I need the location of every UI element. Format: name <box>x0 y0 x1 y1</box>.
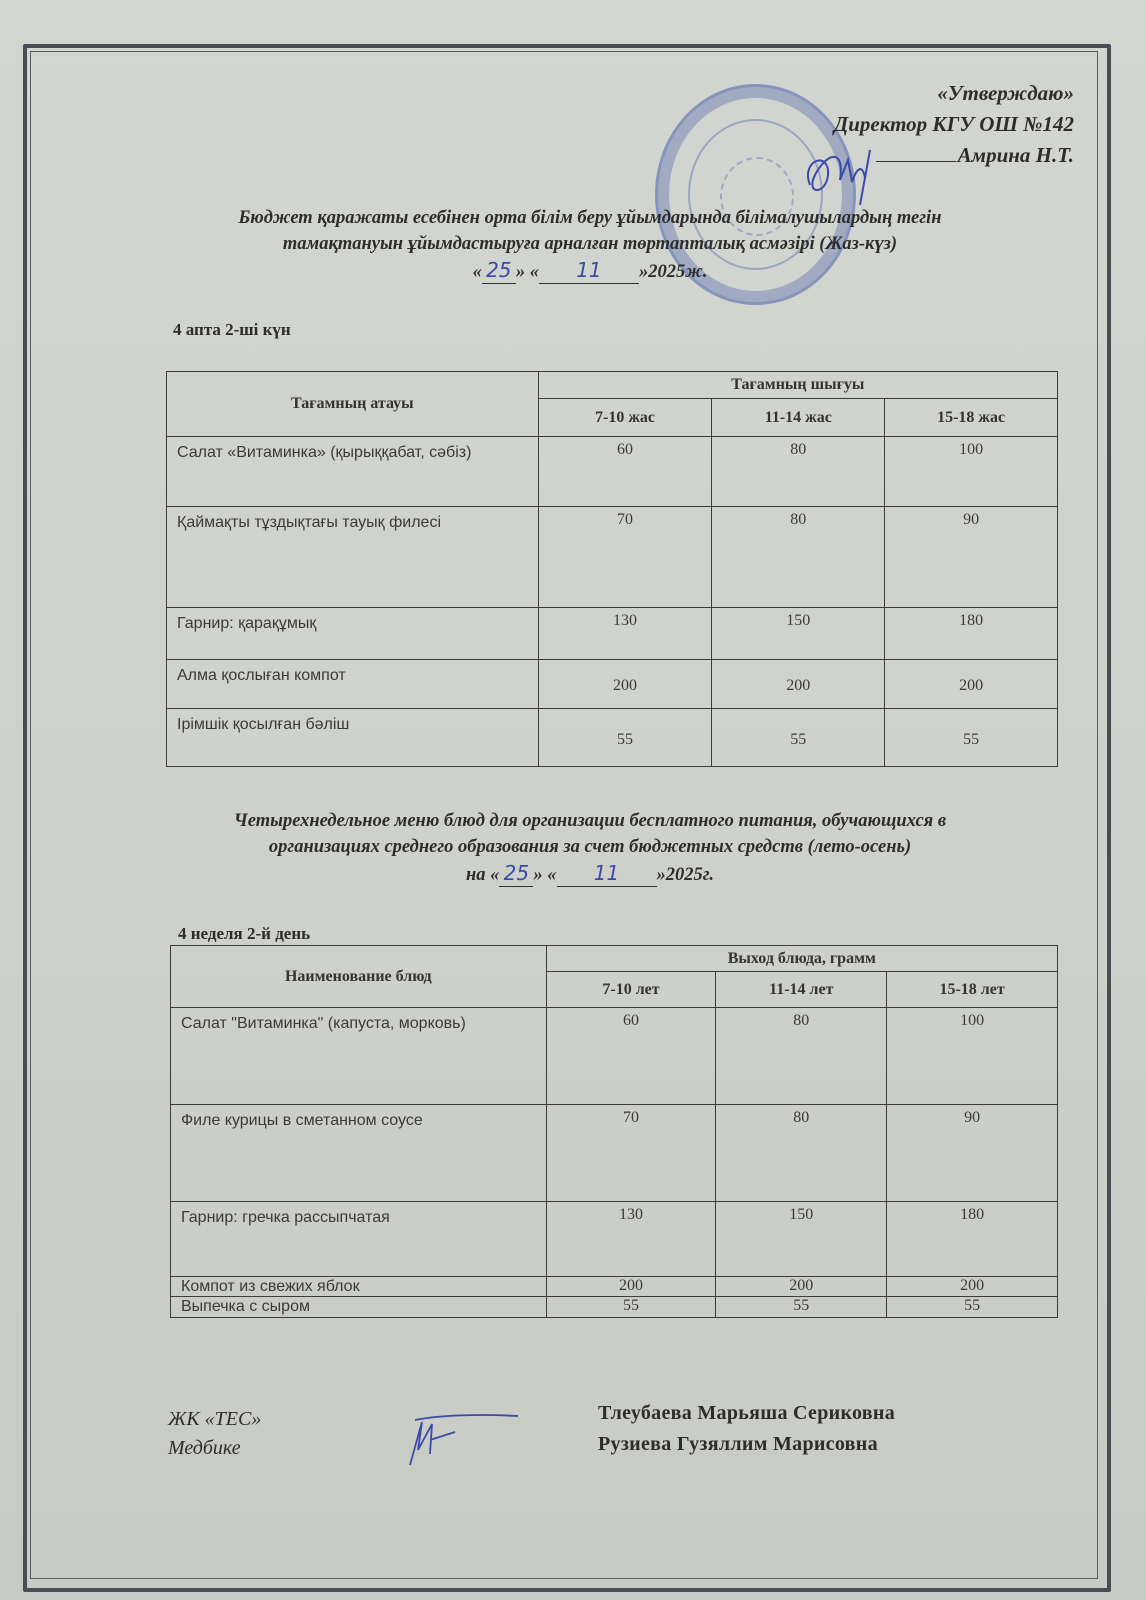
dish-name: Филе курицы в сметанном соусе <box>171 1105 547 1202</box>
kz-date-year: »2025ж. <box>639 262 708 282</box>
portion-value: 90 <box>887 1105 1058 1202</box>
kz-title-line2: тамақтануын ұйымдастыруға арналған төрта… <box>150 231 1030 257</box>
kz-day-label: 4 апта 2-ші күн <box>173 320 291 340</box>
ru-date-month: 11 <box>557 860 657 887</box>
portion-value: 70 <box>538 507 712 608</box>
portion-value: 55 <box>546 1297 716 1318</box>
portion-value: 55 <box>716 1297 887 1318</box>
portion-value: 80 <box>712 437 885 507</box>
table-row: Филе курицы в сметанном соусе708090 <box>171 1105 1058 1202</box>
dish-name: Компот из свежих яблок <box>171 1277 547 1297</box>
approval-position: Директор КГУ ОШ №142 <box>834 109 1074 140</box>
dish-name: Ірімшік қосылған бәліш <box>167 709 539 767</box>
ru-group-header: Выход блюда, грамм <box>546 946 1057 972</box>
portion-value: 60 <box>546 1008 716 1105</box>
dish-name: Гарнир: қарақұмық <box>167 608 539 660</box>
dish-name: Алма қослыған компот <box>167 660 539 709</box>
ru-title-line1: Четырехнедельное меню блюд для организац… <box>150 808 1030 834</box>
portion-value: 200 <box>887 1277 1058 1297</box>
ru-age-header: 11-14 лет <box>716 972 887 1008</box>
portion-value: 150 <box>712 608 885 660</box>
portion-value: 130 <box>538 608 712 660</box>
kz-date-month: 11 <box>539 257 639 284</box>
portion-value: 100 <box>885 437 1058 507</box>
kz-date-quote: « <box>473 262 482 282</box>
portion-value: 60 <box>538 437 712 507</box>
ru-date-year: »2025г. <box>657 865 714 885</box>
footer-organization: ЖК «ТЕС» Медбике <box>168 1405 261 1463</box>
table-row: Алма қослыған компот200200200 <box>167 660 1058 709</box>
portion-value: 180 <box>885 608 1058 660</box>
portion-value: 200 <box>712 660 885 709</box>
approval-heading: «Утверждаю» <box>834 78 1074 109</box>
table-row: Компот из свежих яблок200200200 <box>171 1277 1058 1297</box>
dish-name: Выпечка с сыром <box>171 1297 547 1318</box>
kz-date: «25» «11»2025ж. <box>150 257 1030 285</box>
portion-value: 200 <box>538 660 712 709</box>
ru-date-prefix: на « <box>466 865 499 885</box>
dish-name: Салат «Витаминка» (қырыққабат, сәбіз) <box>167 437 539 507</box>
portion-value: 150 <box>716 1202 887 1277</box>
table-row: Салат «Витаминка» (қырыққабат, сәбіз)608… <box>167 437 1058 507</box>
ru-date-day: 25 <box>499 860 533 887</box>
dish-name: Салат "Витаминка" (капуста, морковь) <box>171 1008 547 1105</box>
footer-names: Тлеубаева Марьяша Сериковна Рузиева Гузя… <box>598 1398 895 1460</box>
dish-name: Қаймақты тұздықтағы тауық филесі <box>167 507 539 608</box>
footer-name-1: Тлеубаева Марьяша Сериковна <box>598 1398 895 1429</box>
ru-name-header: Наименование блюд <box>171 946 547 1008</box>
table-row: Выпечка с сыром555555 <box>171 1297 1058 1318</box>
footer-name-2: Рузиева Гузяллим Марисовна <box>598 1429 895 1460</box>
portion-value: 55 <box>887 1297 1058 1318</box>
kz-menu-table: Тағамның атауы Тағамның шығуы 7-10 жас11… <box>166 371 1058 767</box>
portion-value: 80 <box>716 1008 887 1105</box>
kz-name-header: Тағамның атауы <box>167 372 539 437</box>
table-row: Салат "Витаминка" (капуста, морковь)6080… <box>171 1008 1058 1105</box>
ru-menu-table: Наименование блюд Выход блюда, грамм 7-1… <box>170 945 1058 1318</box>
kz-date-day: 25 <box>482 257 516 284</box>
footer-org-name: ЖК «ТЕС» <box>168 1405 261 1434</box>
portion-value: 130 <box>546 1202 716 1277</box>
kz-age-header: 15-18 жас <box>885 399 1058 437</box>
ru-title: Четырехнедельное меню блюд для организац… <box>150 808 1030 888</box>
kz-group-header: Тағамның шығуы <box>538 372 1057 399</box>
ru-age-header: 15-18 лет <box>887 972 1058 1008</box>
table-row: Қаймақты тұздықтағы тауық филесі708090 <box>167 507 1058 608</box>
portion-value: 90 <box>885 507 1058 608</box>
kz-date-sep: » « <box>516 262 539 282</box>
portion-value: 80 <box>712 507 885 608</box>
portion-value: 80 <box>716 1105 887 1202</box>
portion-value: 70 <box>546 1105 716 1202</box>
footer-role: Медбике <box>168 1434 261 1463</box>
kz-title: Бюджет қаражаты есебінен орта білім беру… <box>150 205 1030 285</box>
portion-value: 55 <box>885 709 1058 767</box>
portion-value: 200 <box>885 660 1058 709</box>
kz-age-header: 7-10 жас <box>538 399 712 437</box>
portion-value: 180 <box>887 1202 1058 1277</box>
ru-title-line2: организациях среднего образования за сче… <box>150 834 1030 860</box>
dish-name: Гарнир: гречка рассыпчатая <box>171 1202 547 1277</box>
table-row: Ірімшік қосылған бәліш555555 <box>167 709 1058 767</box>
portion-value: 55 <box>712 709 885 767</box>
ru-day-label: 4 неделя 2-й день <box>178 924 310 944</box>
kz-age-header: 11-14 жас <box>712 399 885 437</box>
table-row: Гарнир: гречка рассыпчатая130150180 <box>171 1202 1058 1277</box>
ru-date: на «25» «11»2025г. <box>150 860 1030 888</box>
portion-value: 55 <box>538 709 712 767</box>
approval-block: «Утверждаю» Директор КГУ ОШ №142 Амрина … <box>834 78 1074 171</box>
approval-name: Амрина Н.Т. <box>958 143 1074 167</box>
table-row: Гарнир: қарақұмық130150180 <box>167 608 1058 660</box>
portion-value: 200 <box>546 1277 716 1297</box>
signature-line <box>876 161 956 162</box>
ru-age-header: 7-10 лет <box>546 972 716 1008</box>
approval-signatory: Амрина Н.Т. <box>834 140 1074 171</box>
ru-date-sep: » « <box>533 865 556 885</box>
kz-title-line1: Бюджет қаражаты есебінен орта білім беру… <box>150 205 1030 231</box>
portion-value: 200 <box>716 1277 887 1297</box>
portion-value: 100 <box>887 1008 1058 1105</box>
